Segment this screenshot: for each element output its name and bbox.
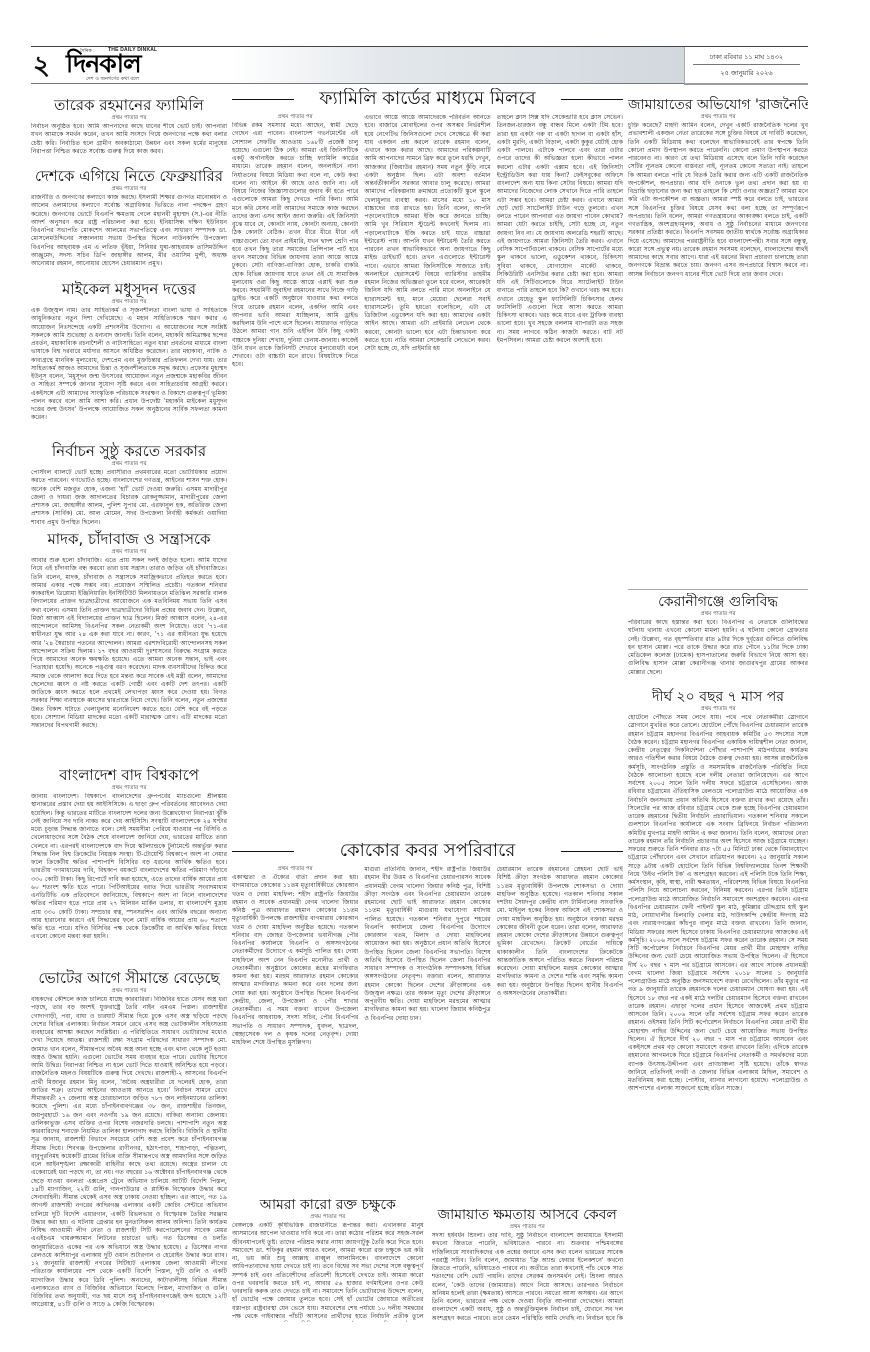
article-body: নির্বাচন অনুষ্ঠিত হবে। আমি আপনাদের কাছে … bbox=[31, 123, 227, 164]
headline-rule-right bbox=[561, 99, 623, 100]
top-story-headline: ফ্যামিলি কার্ডের মাধ্যমে মিলবে bbox=[294, 88, 561, 110]
article-body: আবার শুরু হলো চাঁদাবাজি। এতে প্রায় সকল … bbox=[31, 557, 227, 763]
article-tarek-family: তারেক রহমানের ফ্যামিলি প্রথম পাতার পর নি… bbox=[31, 96, 227, 164]
continued-label: প্রথম পাতার পর bbox=[232, 1214, 424, 1221]
article-body: চুক্তি করেছে? মাহদী আমিন বলেন, দেখুন একট… bbox=[628, 122, 808, 586]
second-story: কোকোর কবর সপরিবারে প্রথম পাতার পর একাত্ম… bbox=[232, 840, 623, 1188]
article-body: মাগুরা প্রতিনিধি জানান, শহীদ রাষ্ট্রপতি … bbox=[364, 866, 490, 1188]
continued-label: প্রথম পাতার পর bbox=[232, 866, 358, 873]
bottom-stories: আমরা কারো রক্ত চক্ষুকে প্রথম পাতার পর বে… bbox=[232, 1196, 623, 1322]
article-headline: দীর্ঘ ২০ বছর ৭ মাস পর bbox=[628, 688, 808, 706]
page-number: ২ bbox=[33, 53, 50, 79]
article-election-fair: নির্বাচন সুষ্ঠু করতে সরকার প্রথম পাতার প… bbox=[31, 442, 227, 527]
newspaper-page: ২ দৈনিক THE DAILY DINKAL দিনকাল দেশ ও জন… bbox=[31, 46, 808, 1352]
article-body: সদস্য হর্ষবর্ধন শ্রিংলা। তার দাবি, সুষ্ঠ… bbox=[432, 1232, 624, 1322]
middle-column: ফ্যামিলি কার্ডের মাধ্যমে মিলবে প্রথম পাত… bbox=[232, 88, 623, 802]
logo-bengali-name: দিনকাল bbox=[66, 50, 141, 78]
second-story-banner: কোকোর কবর সপরিবারে bbox=[232, 840, 623, 862]
article-bangladesh-worldcup: বাংলাদেশ বাদ বিশ্বকাপে প্রথম পাতার পর জা… bbox=[31, 766, 227, 966]
article-michael-madhusudan: মাইকেল মধুসূদন দত্তের প্রথম পাতার পর এক … bbox=[31, 280, 227, 439]
article-headline: জামায়াতের অভিযোগ 'রাজনৈতিক bbox=[628, 96, 808, 114]
article-headline: আমরা কারো রক্ত চক্ষুকে bbox=[232, 1196, 424, 1214]
top-story-banner: ফ্যামিলি কার্ডের মাধ্যমে মিলবে bbox=[232, 88, 623, 110]
newspaper-logo: দৈনিক THE DAILY DINKAL দিনকাল দেশ ও জনগণ… bbox=[58, 47, 186, 85]
article-body: জানায় বাংলাদেশ। বিশ্বকাপে বাংলাদেশের গ্… bbox=[31, 793, 227, 966]
article-headline: মাদক, চাঁদাবাজ ও সন্ত্রাসকে bbox=[31, 530, 227, 549]
headline-rule-right bbox=[561, 851, 623, 852]
article-headline: বাংলাদেশ বাদ বিশ্বকাপে bbox=[31, 766, 227, 785]
continued-label: প্রথম পাতার পর bbox=[628, 706, 808, 713]
article-body: পরিবারের কাছে হস্তান্তর করা হবে। বিএনপির… bbox=[628, 619, 808, 685]
article-body: রাজনীতি ও জনগণের কল্যাণে কাজ করছে। ইসলাম… bbox=[31, 194, 227, 277]
date-gregorian: ২৫ জানুয়ারি ২০২৬ bbox=[685, 68, 808, 79]
logo-tagline: দেশ ও জনগণের কথা বলে bbox=[86, 76, 139, 84]
article-drugs-extortion: মাদক, চাঁদাবাজ ও সন্ত্রাসকে প্রথম পাতার … bbox=[31, 530, 227, 763]
article-february: দেশকে এগিয়ে নিতে ফেব্রুয়ারির প্রথম পাত… bbox=[31, 167, 227, 277]
continued-label: প্রথম পাতার পর bbox=[628, 611, 808, 618]
continued-label: প্রথম পাতার পর bbox=[432, 1224, 624, 1231]
continued-label: প্রথম পাতার পর bbox=[232, 114, 358, 121]
article-jamaat-power: জামায়াত ক্ষমতায় আসবে কেবল প্রথম পাতার … bbox=[432, 1196, 624, 1322]
article-headline: দেশকে এগিয়ে নিতে ফেব্রুয়ারির bbox=[31, 167, 227, 186]
article-body: এভাবে আস্তে আস্তে আমাদেরকে পরিবর্তন আনতে… bbox=[364, 114, 490, 802]
article-body: হোটেলে পৌঁছতে সময় লেগে যায়। পথে পথে নে… bbox=[628, 714, 808, 1258]
article-20-years-7-months: দীর্ঘ ২০ বছর ৭ মাস পর প্রথম পাতার পর হোট… bbox=[628, 688, 808, 1258]
article-border-arms: ভোটের আগে সীমান্তে বেড়েছে প্রথম পাতার প… bbox=[31, 969, 227, 1318]
section-divider bbox=[628, 589, 808, 590]
continued-label: প্রথম পাতার পর bbox=[31, 461, 227, 468]
top-story-columns: প্রথম পাতার পর বিভিন্ন রকম সমস্যার মধ্যে… bbox=[232, 114, 623, 802]
continued-label: প্রথম পাতার পর bbox=[31, 186, 227, 193]
article-body: তাহলে ক্লাস সিক্স যদি সেকেন্ডারি হবে ক্ল… bbox=[497, 114, 623, 802]
masthead: ২ দৈনিক THE DAILY DINKAL দিনকাল দেশ ও জন… bbox=[31, 46, 808, 84]
article-jamaat-allegation: জামায়াতের অভিযোগ 'রাজনৈতিক প্রথম পাতার … bbox=[628, 96, 808, 586]
article-headline: নির্বাচন সুষ্ঠু করতে সরকার bbox=[31, 442, 227, 461]
second-story-headline: কোকোর কবর সপরিবারে bbox=[294, 840, 561, 862]
date-box: ঢাকা রবিবার ১১ মাঘ ১৪৩২ ২৫ জানুয়ারি ২০২… bbox=[684, 47, 808, 85]
date-bengali: ঢাকা রবিবার ১১ মাঘ ১৪৩২ bbox=[685, 52, 808, 63]
article-headline: কেরানীগঞ্জে গুলিবিদ্ধ bbox=[628, 593, 808, 611]
article-keraniganj-shot: কেরানীগঞ্জে গুলিবিদ্ধ প্রথম পাতার পর পরি… bbox=[628, 593, 808, 685]
continued-label: প্রথম পাতার পর bbox=[31, 549, 227, 556]
article-blood-eyes: আমরা কারো রক্ত চক্ষুকে প্রথম পাতার পর বে… bbox=[232, 1196, 424, 1322]
continued-label: প্রথম পাতার পর bbox=[31, 988, 227, 995]
right-column: জামায়াতের অভিযোগ 'রাজনৈতিক প্রথম পাতার … bbox=[628, 96, 808, 1261]
article-body: চেয়ারম্যান তারেক রহমানের স্নেহধন্য ছোট … bbox=[497, 866, 623, 1188]
article-body: পোস্টাল ব্যালটে ভোট হচ্ছে। প্রবাসীরাও প্… bbox=[31, 469, 227, 527]
continued-label: প্রথম পাতার পর bbox=[31, 299, 227, 306]
continued-label: প্রথম পাতার পর bbox=[31, 115, 227, 122]
continued-label: প্রথম পাতার পর bbox=[31, 785, 227, 792]
article-body: বেঙ্গলকে একটি কৃষিভিত্তিক রাজধানীতে রূপা… bbox=[232, 1222, 424, 1322]
article-headline: তারেক রহমানের ফ্যামিলি bbox=[31, 96, 227, 115]
article-headline: মাইকেল মধুসূদন দত্তের bbox=[31, 280, 227, 299]
article-body: বিভিন্ন রকম সমস্যার মধ্যে আছেন, স্বামী ছ… bbox=[232, 122, 358, 802]
article-headline: ভোটের আগে সীমান্তে বেড়েছে bbox=[31, 969, 227, 988]
article-body: একাত্মতা ও ঐক্যের বার্তা প্রদান করা হয়।… bbox=[232, 874, 358, 1188]
article-body: বাহকদের কৌশলে কাজ চালিয়ে যাচ্ছে কারবারি… bbox=[31, 996, 227, 1318]
article-headline: জামায়াত ক্ষমতায় আসবে কেবল bbox=[432, 1206, 624, 1224]
date-divider bbox=[693, 64, 800, 65]
headline-rule-left bbox=[232, 851, 294, 852]
continued-label: প্রথম পাতার পর bbox=[628, 114, 808, 121]
left-column: তারেক রহমানের ফ্যামিলি প্রথম পাতার পর নি… bbox=[31, 96, 227, 1321]
article-body: এক উজ্জ্বল নাম। তার সাহিত্যকর্ম ও সৃজনশী… bbox=[31, 307, 227, 439]
headline-rule-left bbox=[232, 99, 294, 100]
